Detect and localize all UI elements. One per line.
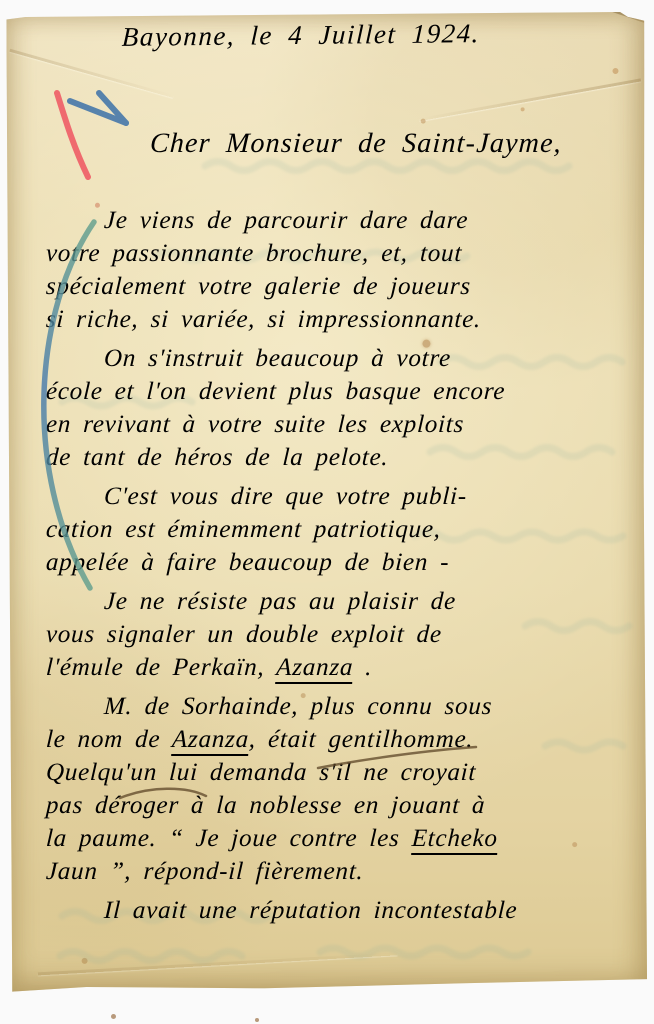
- text-segment: votre passionnante brochure, et, tout: [45, 240, 463, 267]
- letter-line: votre passionnante brochure, et, tout: [45, 237, 633, 270]
- underlined-word: Etcheko: [411, 825, 499, 855]
- letter-line: Je ne résiste pas au plaisir de: [45, 585, 633, 618]
- letter-line: On s'instruit beaucoup à votre: [45, 342, 633, 375]
- letter-line: spécialement votre galerie de joueurs: [45, 270, 633, 303]
- letter-line: C'est vous dire que votre publi-: [45, 480, 633, 513]
- letter-line: pas déroger à la noblesse en jouant à: [45, 789, 633, 822]
- letter-line: Je viens de parcourir dare dare: [45, 204, 633, 237]
- letter-line: Il avait une réputation incontestable: [45, 894, 633, 927]
- text-segment: école et l'on devient plus basque encore: [45, 378, 506, 405]
- fox-spot: [521, 107, 525, 111]
- dust-speck: [255, 1018, 259, 1022]
- text-segment: pas déroger à la noblesse en jouant à: [45, 792, 486, 819]
- fox-spot: [612, 68, 618, 74]
- underlined-word: Azanza: [171, 726, 250, 756]
- text-segment: la paume. “ Je joue contre les: [45, 825, 412, 852]
- text-segment: C'est vous dire que votre publi-: [103, 483, 467, 510]
- letter-line: école et l'on devient plus basque encore: [45, 375, 633, 408]
- text-segment: Jaun ”, répond-il fièrement.: [45, 858, 364, 885]
- fox-spot: [421, 119, 426, 124]
- paragraph: Je ne résiste pas au plaisir devous sign…: [46, 585, 632, 684]
- text-segment: Il avait une réputation incontestable: [103, 897, 518, 924]
- paper-crease: [419, 78, 641, 121]
- text-segment: M. de Sorhainde, plus connu sous: [103, 693, 493, 720]
- text-segment: spécialement votre galerie de joueurs: [45, 273, 471, 300]
- text-segment: si riche, si variée, si impressionnante.: [45, 306, 482, 333]
- letter-line: la paume. “ Je joue contre les Etcheko: [45, 822, 633, 855]
- scan-page: { "colors": { "background": "#fafafa", "…: [0, 0, 654, 1024]
- text-segment: On s'instruit beaucoup à votre: [103, 345, 451, 372]
- text-segment: .: [353, 654, 374, 681]
- text-segment: l'émule de Perkaïn,: [45, 654, 277, 681]
- letter-line: M. de Sorhainde, plus connu sous: [45, 690, 633, 723]
- text-segment: en revivant à votre suite les exploits: [45, 411, 465, 438]
- text-segment: , était gentilhomme.: [248, 726, 474, 753]
- paragraph: On s'instruit beaucoup à votreécole et l…: [46, 342, 632, 474]
- text-segment: le nom de: [45, 726, 172, 753]
- dust-speck: [111, 1014, 116, 1019]
- text-segment: de tant de héros de la pelote.: [45, 444, 389, 471]
- letter-line: vous signaler un double exploit de: [45, 618, 633, 651]
- underlined-word: Azanza: [275, 654, 354, 684]
- letter-line: Quelqu'un lui demanda s'il ne croyait: [45, 756, 633, 789]
- letter-line: le nom de Azanza, était gentilhomme.: [45, 723, 633, 756]
- paper-crease: [9, 49, 173, 98]
- letter-line: en revivant à votre suite les exploits: [45, 408, 633, 441]
- paper-crease: [38, 952, 398, 975]
- letter-line: si riche, si variée, si impressionnante.: [45, 303, 633, 336]
- text-segment: vous signaler un double exploit de: [45, 621, 442, 648]
- letter-line: cation est éminemment patriotique,: [45, 513, 633, 546]
- paragraph: C'est vous dire que votre publi-cation e…: [46, 480, 632, 579]
- letter-line: l'émule de Perkaïn, Azanza .: [45, 651, 633, 684]
- letter-line: Jaun ”, répond-il fièrement.: [45, 855, 633, 888]
- text-segment: appelée à faire beaucoup de bien -: [45, 549, 450, 576]
- text-segment: Je viens de parcourir dare dare: [103, 207, 469, 234]
- letter-line: appelée à faire beaucoup de bien -: [45, 546, 633, 579]
- letter-body: Je viens de parcourir dare darevotre pas…: [46, 204, 632, 933]
- paragraph: M. de Sorhainde, plus connu sousle nom d…: [46, 690, 632, 888]
- text-segment: Je ne résiste pas au plaisir de: [103, 588, 456, 615]
- fox-spot: [82, 958, 88, 964]
- corner-fold: [612, 12, 644, 23]
- salutation: Cher Monsieur de Saint-Jayme,: [149, 128, 563, 160]
- text-segment: cation est éminemment patriotique,: [45, 516, 441, 543]
- letter-line: de tant de héros de la pelote.: [45, 441, 633, 474]
- text-segment: Quelqu'un lui demanda s'il ne croyait: [45, 759, 477, 786]
- date-line: Bayonne, le 4 Juillet 1924.: [121, 18, 480, 53]
- paragraph: Je viens de parcourir dare darevotre pas…: [46, 204, 632, 336]
- paragraph: Il avait une réputation incontestable: [46, 894, 632, 927]
